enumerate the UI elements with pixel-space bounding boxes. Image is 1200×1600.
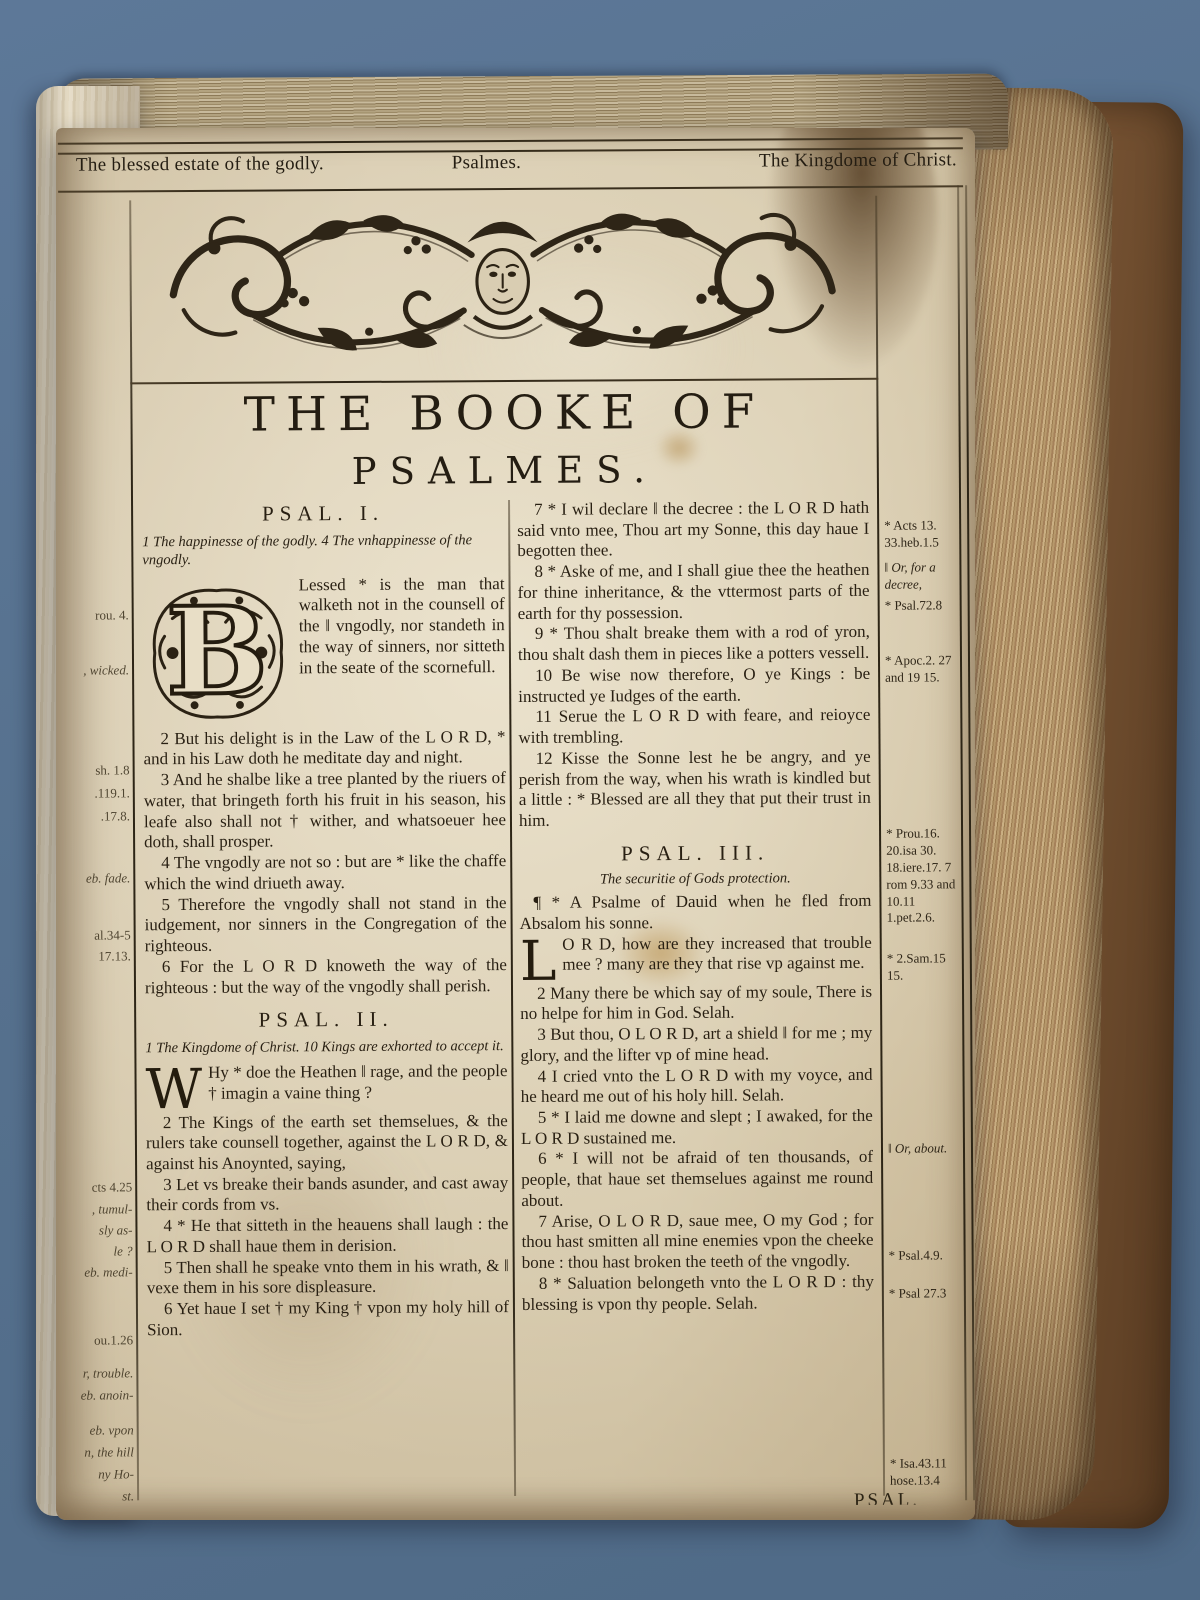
psalm1-verse-5: 5 Therefore the vngodly shall not stand … [144, 893, 506, 957]
margin-note: * 2.Sam.15 15. [887, 950, 963, 984]
margin-note: * Psal.4.9. [889, 1247, 965, 1264]
margin-note-gloss: ‖ Or, about. [888, 1140, 964, 1157]
psalm1-verse-6: 6 For the L O R D knoweth the way of the… [145, 955, 507, 999]
left-margin-fragment: 17.13. [57, 948, 131, 964]
head-rule-top-1 [58, 137, 963, 145]
drop-cap-woodcut: B [142, 578, 291, 727]
left-margin-fragment: eb. vpon [60, 1422, 134, 1438]
left-margin-fragment: r, trouble. [59, 1365, 133, 1381]
psalms-title-page: Psalmes. The blessed estate of the godly… [56, 128, 975, 1520]
psalm2-verse-11: 11 Serue the L O R D with feare, and rei… [518, 705, 870, 749]
psalm2-verse-6: 6 Yet haue I set † my King † vpon my hol… [147, 1297, 509, 1341]
left-margin-fragment: .17.8. [56, 808, 130, 824]
psalm3-verse-8: 8 * Saluation belongeth vnto the L O R D… [522, 1272, 874, 1316]
psalm1-argument: 1 The happinesse of the godly. 4 The vnh… [142, 531, 504, 570]
margin-note-gloss: ‖ Or, for a decree, [884, 559, 960, 593]
ornate-drop-cap-B: B [142, 578, 291, 727]
left-margin-fragment: .119.1. [56, 785, 130, 801]
left-margin-fragment: eb. anoin- [59, 1387, 133, 1403]
left-margin-fragment: ou.1.26 [59, 1332, 133, 1348]
margin-note: * Prou.16. 20.isa 30. 18.iere.17. 7 rom … [886, 825, 963, 927]
psalm3-subtitle: The securitie of Gods protection. [519, 870, 871, 890]
psalm2-verse-8: 8 * Aske of me, and I shall giue thee th… [517, 560, 869, 624]
psalm2-verse-2: 2 The Kings of the earth set themselues,… [146, 1111, 508, 1175]
psalm2-verse-5: 5 Then shall he speake vnto them in his … [147, 1256, 509, 1300]
left-margin-fragment: al.34-5 [57, 927, 131, 943]
left-margin-fragment: le ? [59, 1243, 133, 1259]
psalm2-verse-3: 3 Let vs breake their bands asunder, and… [146, 1173, 508, 1217]
column-divider-rule [508, 500, 516, 1496]
psalm3-verse-6: 6 * I will not be afraid of ten thousand… [521, 1147, 873, 1211]
running-head: Psalmes. The blessed estate of the godly… [76, 149, 957, 176]
psalm1-verse-3: 3 And he shalbe like a tree planted by t… [144, 768, 506, 853]
left-margin-fragment: sly as- [58, 1222, 132, 1238]
left-text-column: PSAL. I. 1 The happinesse of the godly. … [142, 500, 509, 1341]
left-margin-fragment: st. [60, 1488, 134, 1504]
margin-note: * Isa.43.11 hose.13.4 [890, 1455, 966, 1489]
running-head-left: The blessed estate of the godly. [76, 153, 324, 177]
psalm3-verse-5: 5 * I laid me downe and slept ; I awaked… [521, 1106, 873, 1150]
left-margin-fragment: rou. 4. [56, 607, 129, 623]
psalm3-verse-1: O R D, how are they increased that troub… [520, 932, 872, 976]
running-head-right: The Kingdome of Christ. [759, 149, 957, 172]
psalm3-verse-4: 4 I cried vnto the L O R D with my voyce… [520, 1064, 872, 1108]
psalm1-heading: PSAL. I. [142, 500, 504, 528]
mask-face-icon [463, 222, 542, 339]
drop-cap-letter-W: W [145, 1063, 208, 1112]
psalm2-verse-7: 7 * I wil declare ‖ the decree : the L O… [517, 498, 869, 562]
page-edge-rule-2 [965, 185, 975, 1500]
left-margin-fragment: n, the hill [60, 1444, 134, 1460]
left-margin-fragment: cts 4.25 [58, 1179, 132, 1195]
psalm2-verse-4: 4 * He that sitteth in the heauens shall… [146, 1214, 508, 1258]
drop-cap-letter-L: L [520, 934, 563, 983]
right-text-column: 7 * I wil declare ‖ the decree : the L O… [517, 498, 874, 1315]
psalm2-verse-9: 9 * Thou shalt breake them with a rod of… [518, 622, 870, 666]
psalm1-verse-4: 4 The vngodly are not so : but are * lik… [144, 851, 506, 895]
psalm3-verse-7: 7 Arise, O L O R D, saue mee, O my God ;… [521, 1210, 873, 1274]
margin-note: * Apoc.2. 27 and 19 15. [885, 652, 961, 686]
psalm3-heading: PSAL. III. [519, 840, 871, 868]
psalm2-opening: W Hy * doe the Heathen ‖ rage, and the p… [145, 1061, 507, 1105]
psalm3-inscription: ¶ * A Psalme of Dauid when he fled from … [519, 891, 871, 935]
margin-note: * Acts 13. 33.heb.1.5 [884, 517, 960, 551]
psalm3-verse-2: 2 Many there be which say of my soule, T… [520, 981, 872, 1025]
psalm3-opening: L O R D, how are they increased that tro… [520, 932, 872, 976]
left-margin-fragment: , wicked. [56, 662, 129, 678]
psalm2-verse-10: 10 Be wise now therefore, O ye Kings : b… [518, 664, 870, 708]
book-title: THE BOOKE OF PSALMES. [130, 384, 879, 495]
left-margin-fragment: eb. medi- [59, 1264, 133, 1280]
woodcut-headpiece-ornament [152, 192, 853, 378]
book-title-line2: PSALMES. [131, 447, 879, 495]
book-title-line1: THE BOOKE OF [130, 384, 878, 444]
psalm2-heading: PSAL. II. [145, 1006, 507, 1034]
margin-note: * Psal 27.3 [889, 1285, 965, 1302]
page-content: Psalmes. The blessed estate of the godly… [56, 128, 975, 1520]
margin-note: * Psal.72.8 [885, 597, 961, 614]
psalm1-verse-2: 2 But his delight is in the Law of the L… [143, 727, 505, 771]
left-margin-fragment: ny Ho- [60, 1466, 134, 1482]
psalm2-verse-12: 12 Kisse the Sonne lest he be angry, and… [519, 747, 872, 832]
left-margin-fragment: sh. 1.8 [56, 762, 130, 778]
left-margin-fragment: , tumul- [58, 1201, 132, 1217]
headpiece-bottom-rule [130, 378, 878, 385]
photo-of-1611-bible-psalms-page: { "colors": { "backdrop_blue": "#56718e"… [0, 0, 1200, 1600]
left-margin-fragment: eb. fade. [56, 870, 130, 886]
right-margin-notes: * Acts 13. 33.heb.1.5 ‖ Or, for a decree… [882, 128, 967, 1518]
psalm1-opening: B Lessed * is the man that walketh not i… [142, 574, 505, 680]
psalm2-argument: 1 The Kingdome of Christ. 10 Kings are e… [145, 1037, 507, 1058]
drop-cap-letter-B: B [166, 581, 269, 723]
psalm3-verse-3: 3 But thou, O L O R D, art a shield ‖ fo… [520, 1023, 872, 1067]
